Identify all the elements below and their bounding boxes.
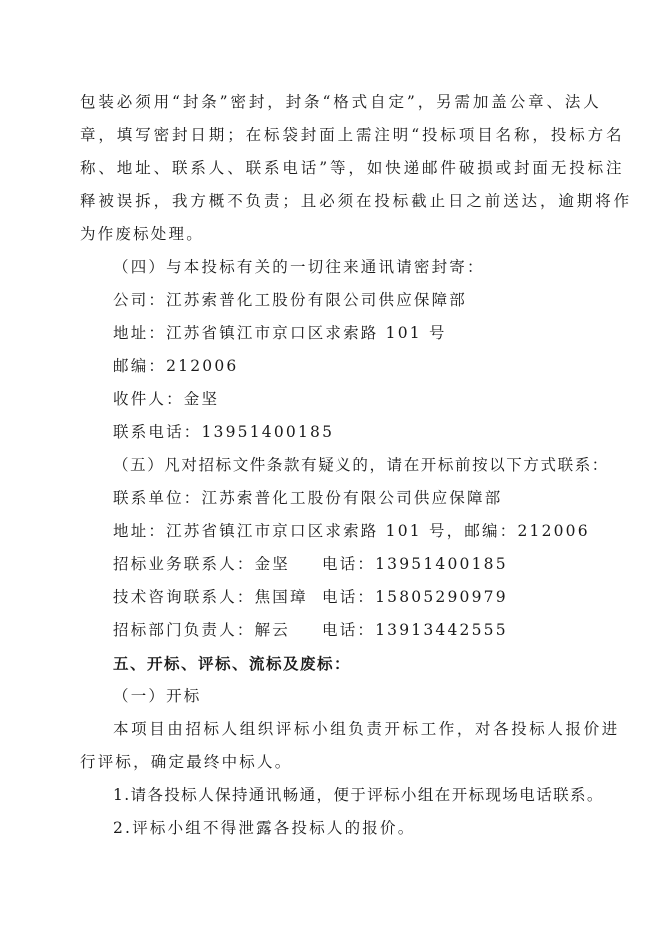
paragraph-line: 本项目由招标人组织评标小组负责开标工作，对各投标人报价进 [80,713,580,746]
address-line: 地址：江苏省镇江市京口区求索路 101 号 [80,317,580,350]
contact-name: 招标部门负责人：解云 [113,614,322,647]
contact-row: 技术咨询联系人：焦国璋 电话：15805290979 [80,581,580,614]
chapter-5-heading: 五、开标、评标、流标及废标： [80,647,580,680]
paragraph-line: 包装必须用“封条”密封，封条“格式自定”，另需加盖公章、法人 [80,86,580,119]
contact-unit-line: 联系单位：江苏索普化工股份有限公司供应保障部 [80,482,580,515]
contact-name: 技术咨询联系人：焦国璋 [113,581,322,614]
document-page: 包装必须用“封条”密封，封条“格式自定”，另需加盖公章、法人 章，填写密封日期；… [80,86,580,845]
paragraph-line: 为作废标处理。 [80,218,580,251]
paragraph-line: 释被误拆，我方概不负责；且必须在投标截止日之前送达，逾期将作 [80,185,580,218]
company-line: 公司：江苏索普化工股份有限公司供应保障部 [80,284,580,317]
contact-row: 招标部门负责人：解云 电话：13913442555 [80,614,580,647]
contact-phone: 电话：13913442555 [322,614,508,647]
section-4-heading: （四）与本投标有关的一切往来通讯请密封寄： [80,251,580,284]
section-5-heading: （五）凡对招标文件条款有疑义的，请在开标前按以下方式联系： [80,449,580,482]
phone-line: 联系电话：13951400185 [80,416,580,449]
paragraph-line: 章，填写密封日期；在标袋封面上需注明“投标项目名称，投标方名 [80,119,580,152]
list-item: 2.评标小组不得泄露各投标人的报价。 [80,812,580,845]
sub-1-heading: （一）开标 [80,680,580,713]
paragraph-line: 称、地址、联系人、联系电话”等，如快递邮件破损或封面无投标注 [80,152,580,185]
contact-phone: 电话：13951400185 [322,548,508,581]
contact-row: 招标业务联系人：金坚 电话：13951400185 [80,548,580,581]
paragraph-line: 行评标，确定最终中标人。 [80,746,580,779]
contact-address-line: 地址：江苏省镇江市京口区求索路 101 号，邮编：212006 [80,515,580,548]
contact-name: 招标业务联系人：金坚 [113,548,322,581]
list-item: 1.请各投标人保持通讯畅通，便于评标小组在开标现场电话联系。 [80,779,580,812]
contact-phone: 电话：15805290979 [322,581,508,614]
recipient-line: 收件人：金坚 [80,383,580,416]
postcode-line: 邮编：212006 [80,350,580,383]
